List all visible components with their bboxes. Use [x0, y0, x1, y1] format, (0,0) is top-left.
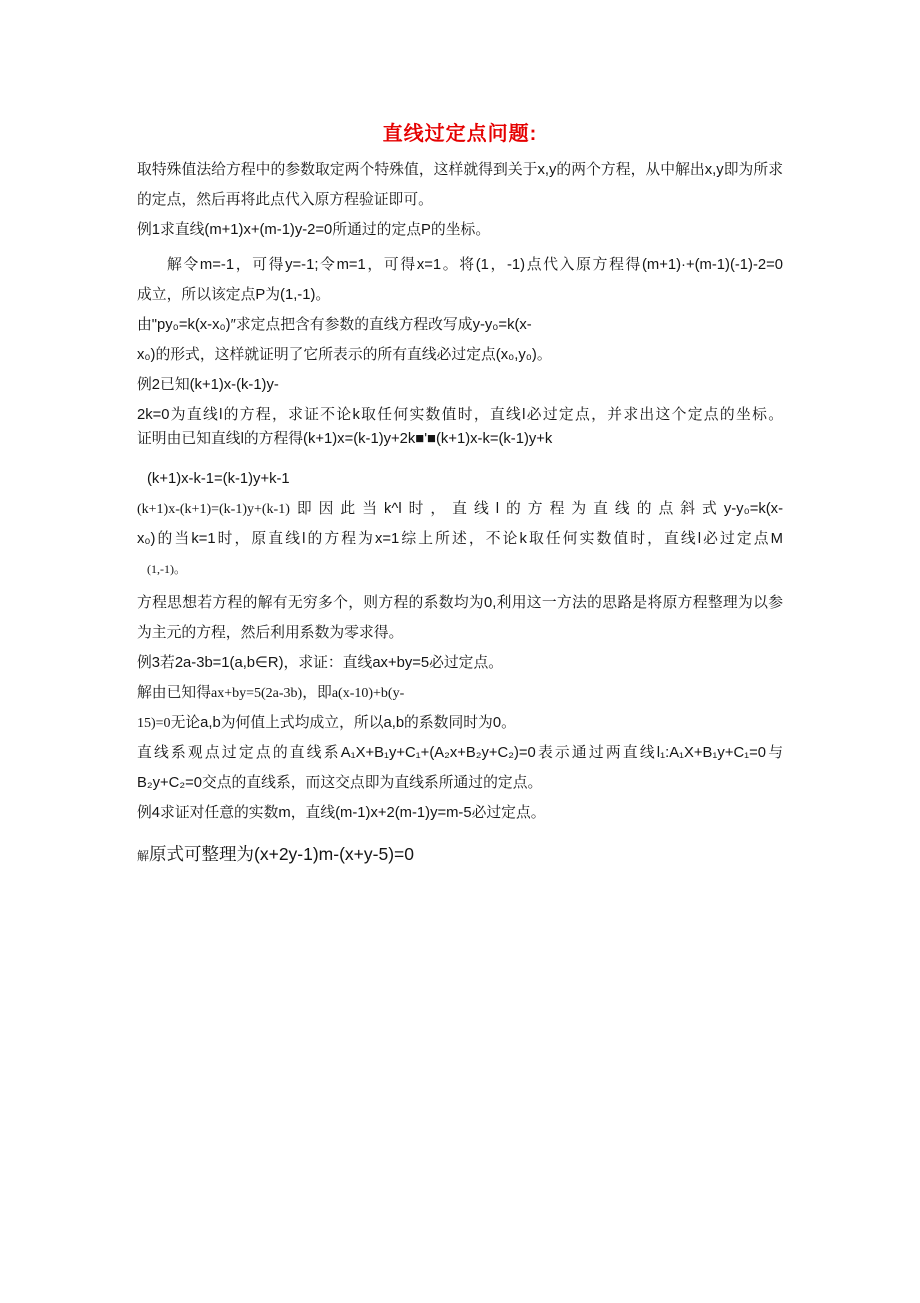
text-run: 即因此当k^l时，直线l的方程为直线的点斜式y-y₀=k(x-: [290, 501, 783, 517]
page-title: 直线过定点问题:: [137, 113, 783, 155]
doc-line: (1,-1)。: [137, 554, 783, 584]
doc-line: 取特殊值法给方程中的参数取定两个特殊值，这样就得到关于x,y的两个方程，从中解出…: [137, 155, 783, 185]
text-run: 无论a,b为何值上式均成立，所以a,b的系数同时为0。: [171, 715, 516, 731]
doc-line: (k+1)x-(k+1)=(k-1)y+(k-1)即因此当k^l时，直线l的方程…: [137, 494, 783, 524]
formula-serif: 15)=0: [137, 716, 171, 731]
document-content: 直线过定点问题: 取特殊值法给方程中的参数取定两个特殊值，这样就得到关于x,y的…: [137, 113, 783, 871]
text-run: ，即: [302, 685, 332, 701]
doc-line: 例1求直线(m+1)x+(m-1)y-2=0所通过的定点P的坐标。: [137, 215, 783, 245]
doc-line: 例2已知(k+1)x-(k-1)y-: [137, 370, 783, 400]
doc-line: 15)=0无论a,b为何值上式均成立，所以a,b的系数同时为0。: [137, 708, 783, 738]
doc-line: x₀)的形式，这样就证明了它所表示的所有直线必过定点(x₀,y₀)。: [137, 340, 783, 370]
doc-line: 为主元的方程，然后利用系数为零求得。: [137, 618, 783, 648]
doc-line: 直线系观点过定点的直线系A₁X+B₁y+C₁+(A₂x+B₂y+C₂)=0表示通…: [137, 738, 783, 768]
doc-line: x₀)的当k=1时，原直线l的方程为x=1综上所述，不论k取任何实数值时，直线l…: [137, 524, 783, 554]
text-run: 解由已知得: [137, 685, 211, 701]
doc-line: B₂y+C₂=0交点的直线系，而这交点即为直线系所通过的定点。: [137, 768, 783, 798]
doc-line: 由"py₀=k(x-x₀)″求定点把含有参数的直线方程改写成y-y₀=k(x-: [137, 310, 783, 340]
formula-serif: ax+by=5(2a-3b): [211, 686, 302, 701]
formula-serif: a(x-10)+b(y-: [332, 686, 404, 701]
doc-line: 成立，所以该定点P为(1,-1)。: [137, 280, 783, 310]
solution-label: 解: [137, 849, 149, 863]
doc-line: 方程思想若方程的解有无穷多个，则方程的系数均为0,利用这一方法的思路是将原方程整…: [137, 588, 783, 618]
doc-line: 解原式可整理为(x+2y-1)m-(x+y-5)=0: [137, 837, 783, 871]
doc-line: (k+1)x-k-1=(k-1)y+k-1: [137, 464, 783, 494]
text-run: 原式可整理为(x+2y-1)m-(x+y-5)=0: [149, 844, 414, 864]
doc-line: 解令m=-1，可得y=-1;令m=1，可得x=1。将(1，-1)点代入原方程得(…: [137, 250, 783, 280]
doc-line: 例4求证对任意的实数m，直线(m-1)x+2(m-1)y=m-5必过定点。: [137, 798, 783, 828]
doc-line: 的定点，然后再将此点代入原方程验证即可。: [137, 185, 783, 215]
document-page: 直线过定点问题: 取特殊值法给方程中的参数取定两个特殊值，这样就得到关于x,y的…: [0, 0, 920, 1303]
formula-serif: (k+1)x-(k+1)=(k-1)y+(k-1): [137, 502, 290, 517]
doc-line: 解由已知得ax+by=5(2a-3b)，即a(x-10)+b(y-: [137, 678, 783, 708]
doc-line: 例3若2a-3b=1(a,b∈R)，求证：直线ax+by=5必过定点。: [137, 648, 783, 678]
